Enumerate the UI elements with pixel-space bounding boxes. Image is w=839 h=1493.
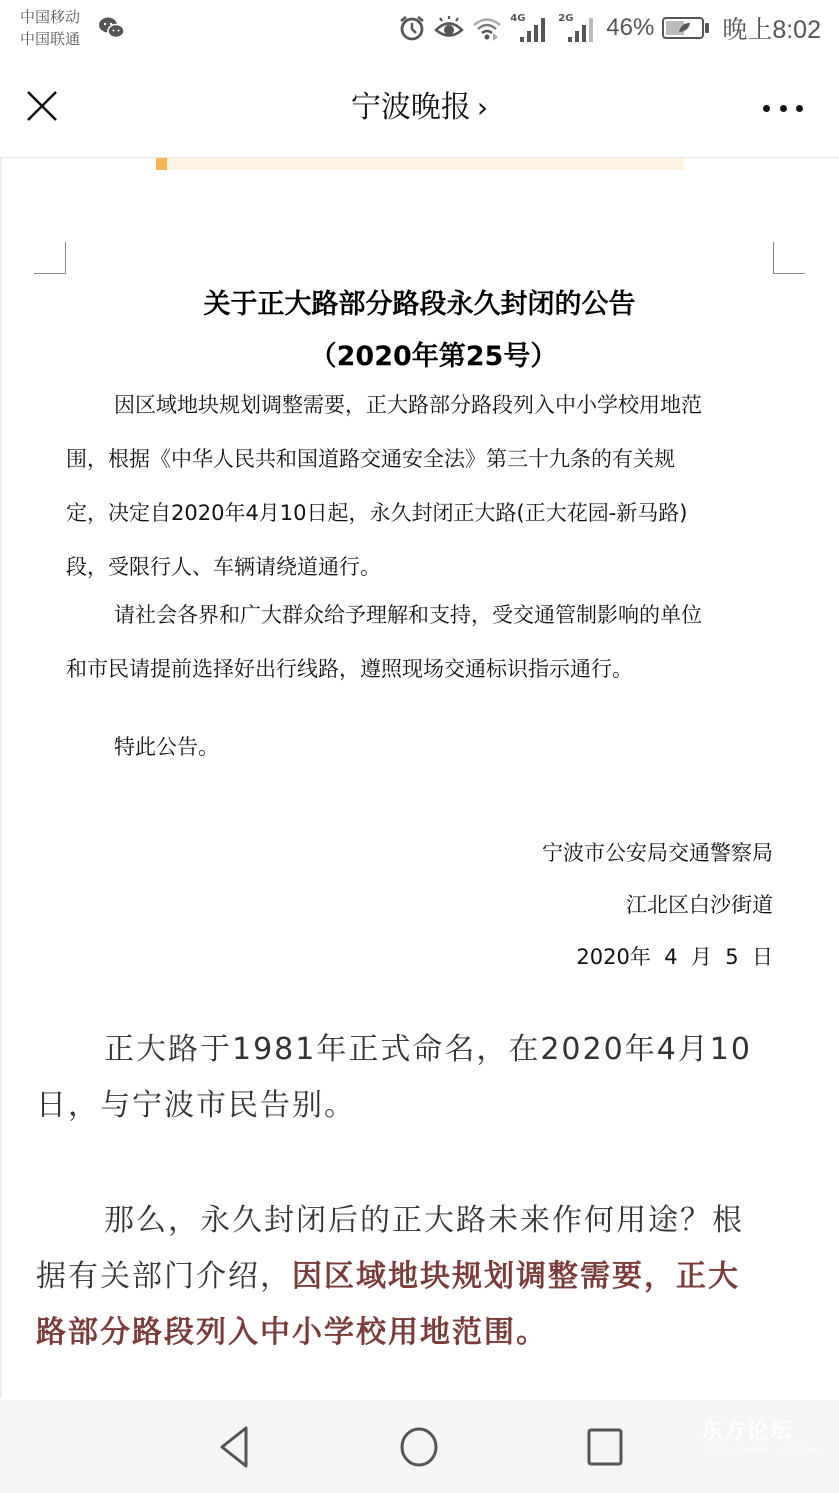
status-bar: 中国移动 中国联通 4G — [0, 0, 839, 58]
article-paragraph-2: 那么，永久封闭后的正大路未来作何用途？根 据有关部门介绍，因区域地块规划调整需要… — [36, 1193, 806, 1361]
banner-mark — [156, 158, 167, 170]
wechat-icon — [98, 16, 126, 40]
battery-percent: 46% — [606, 14, 654, 42]
system-nav-bar: 东方论坛 DONGFANG LUNTAN — [0, 1400, 839, 1493]
recents-icon[interactable] — [580, 1422, 630, 1472]
signature-date: 2020年 4 月 5 日 — [576, 942, 773, 972]
highlight-text: 路部分路段列入中小学校用地范围。 — [36, 1305, 806, 1361]
signal-4g-icon: 4G — [510, 13, 550, 43]
eye-comfort-icon — [434, 15, 464, 41]
notice-line: 围，根据《中华人民共和国道路交通安全法》第三十九条的有关规 — [66, 444, 675, 474]
signal-2g-icon: 2G — [558, 13, 598, 43]
carrier-2: 中国联通 — [20, 28, 80, 50]
status-icons: 4G 2G 46% 晚上8:02 — [398, 10, 821, 46]
notice-number: （2020年第25号） — [0, 334, 839, 373]
watermark: 东方论坛 DONGFANG LUNTAN — [701, 1414, 821, 1455]
clock: 晚上8:02 — [722, 10, 821, 46]
battery-icon — [662, 16, 710, 40]
notice-line: 请社会各界和广大群众给予理解和支持，受交通管制影响的单位 — [114, 600, 702, 630]
chevron-right-icon: › — [477, 86, 488, 130]
notice-line: 定，决定自2020年4月10日起，永久封闭正大路(正大花园-新马路) — [66, 498, 688, 528]
signature-org-1: 宁波市公安局交通警察局 — [542, 838, 773, 868]
notice-line: 段，受限行人、车辆请绕道通行。 — [66, 552, 381, 582]
account-name: 宁波晚报 — [351, 90, 471, 125]
crop-mark-top-left — [34, 242, 66, 274]
alarm-icon — [398, 14, 426, 42]
notice-closing: 特此公告。 — [114, 732, 219, 762]
signature-org-2: 江北区白沙街道 — [626, 890, 773, 920]
carrier-1: 中国移动 — [20, 6, 80, 28]
wifi-icon — [472, 15, 502, 41]
notice-body: 因区域地块规划调整需要，正大路部分路段列入中小学校用地范 围，根据《中华人民共和… — [66, 390, 766, 770]
back-icon[interactable] — [208, 1422, 258, 1472]
crop-mark-top-right — [773, 242, 805, 274]
highlight-text: 因区域地块规划调整需要，正大 — [292, 1259, 740, 1294]
more-icon[interactable] — [763, 98, 803, 118]
banner-strip — [156, 158, 684, 170]
notice-line: 因区域地块规划调整需要，正大路部分路段列入中小学校用地范 — [114, 390, 702, 420]
home-icon[interactable] — [394, 1422, 444, 1472]
account-title[interactable]: 宁波晚报› — [0, 86, 839, 130]
nav-bar: 宁波晚报› — [0, 58, 839, 158]
notice-title: 关于正大路部分路段永久封闭的公告 — [0, 282, 839, 321]
carrier-info: 中国移动 中国联通 — [20, 6, 80, 50]
notice-line: 和市民请提前选择好出行线路，遵照现场交通标识指示通行。 — [66, 654, 633, 684]
article-paragraph-1: 正大路于1981年正式命名，在2020年4月10 日，与宁波市民告别。 — [36, 1022, 806, 1134]
